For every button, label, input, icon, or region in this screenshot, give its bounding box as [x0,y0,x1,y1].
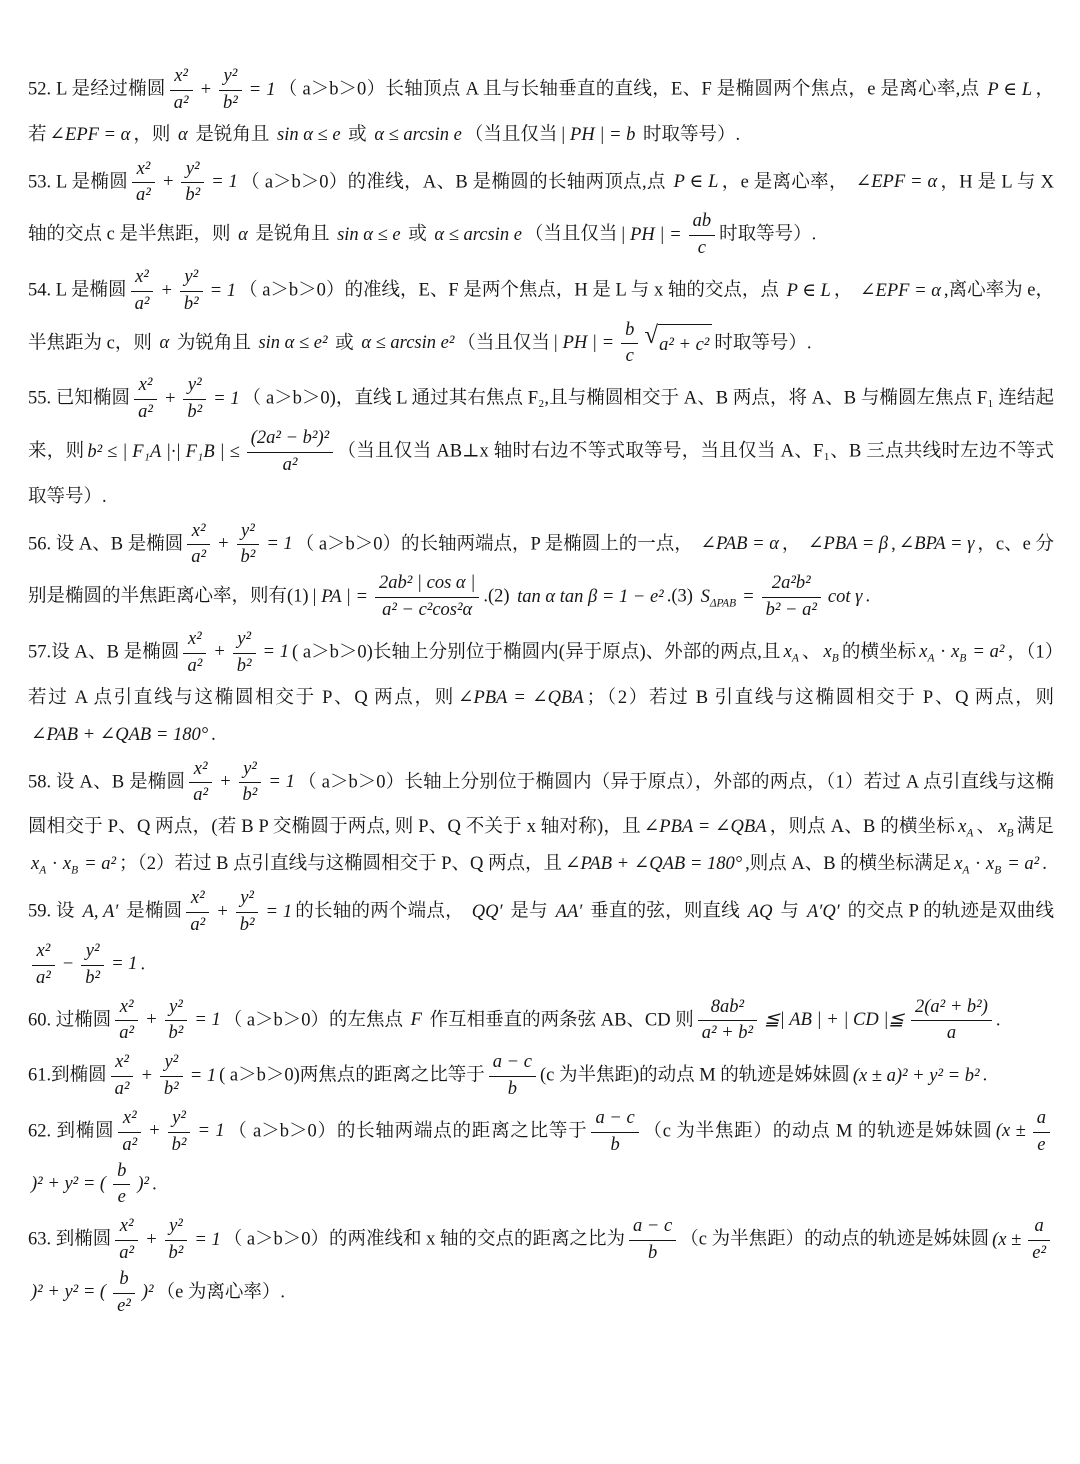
fraction-denominator: a² [32,965,55,990]
text-run: 或 [331,333,359,353]
text-run: （ a＞b＞0）长轴顶点 A 且与长轴垂直的直线，E、F 是椭圆两个焦点，e 是… [278,80,984,100]
math-run: = 1 [265,902,292,922]
math-run: )² + y² = ( [31,1174,106,1194]
fraction-numerator: a [1033,1108,1050,1132]
fraction-numerator: x² [170,66,193,90]
math-run: AQ [748,902,773,922]
math-run: = 1 [211,172,238,192]
fraction-denominator: b [489,1076,536,1101]
fraction-numerator: y² [180,267,203,291]
problem-60: 60. 过椭圆x²a²+y²b²= 1（ a＞b＞0）的左焦点 F 作互相垂直的… [28,995,1054,1048]
math-run: = 1 [210,281,236,301]
math-run: | PH | = b [560,125,635,145]
fraction-denominator: b² [168,1132,191,1157]
text-run: （当且仅当 [525,225,618,245]
fraction-numerator: x² [131,267,154,291]
fraction-numerator: x² [183,629,206,653]
text-run: 或 [404,225,432,245]
fraction-denominator: a² [131,291,154,316]
problem-57: 57.设 A、B 是椭圆x²a²+y²b²= 1( a＞b＞0)长轴上分别位于椭… [28,627,1054,754]
fraction-numerator: b [621,320,638,344]
text-run: . [983,1066,988,1086]
fraction-numerator: y² [236,888,259,912]
fraction-denominator: a² [189,782,212,807]
subscript: B [994,865,1001,877]
problem-61: 61.到椭圆x²a²+y²b²= 1( a＞b＞0)两焦点的距离之比等于a − … [28,1050,1054,1103]
fraction-denominator: a² [132,182,155,207]
problem-list: 52. L 是经过椭圆x²a²+y²b²= 1（ a＞b＞0）长轴顶点 A 且与… [28,64,1054,1319]
text-run: 是椭圆 [121,902,182,922]
fraction: y²b² [81,939,104,992]
fraction-numerator: a − c [629,1216,676,1240]
fraction: y²b² [237,519,260,572]
math-run: + [160,281,172,301]
subscript: A [966,828,973,840]
document-page: 52. L 是经过椭圆x²a²+y²b²= 1（ a＞b＞0）长轴顶点 A 且与… [0,0,1080,1464]
text-run: （ a＞b＞0）的准线，E、F 是两个焦点，H 是 L 与 x 轴的交点，点 [239,281,784,301]
fraction: x²a² [131,265,154,318]
fraction: 2ab² | cos α |a² − c²cos²α [375,571,479,624]
fraction-denominator: a² [118,1132,141,1157]
math-run: sin α ≤ e² [258,333,327,353]
text-run: 时取等号）. [638,125,740,145]
fraction-numerator: 2(a² + b²) [911,997,992,1021]
math-run: = 1 [194,1010,220,1030]
math-run: = 1 [213,389,239,409]
text-run: 62. 到椭圆 [28,1121,114,1141]
text-run: （ a＞b＞0）的左焦点 [224,1010,408,1030]
math-run: = 1 [197,1121,224,1141]
text-run: （e 为离心率）. [157,1282,285,1302]
fraction-numerator: x² [134,375,157,399]
fraction-numerator: y² [81,941,104,965]
fraction-denominator: b² − a² [762,597,821,622]
text-run: 时取等号）. [714,333,811,353]
fraction: 2a²b²b² − a² [762,571,821,624]
fraction: x²a² [115,995,138,1048]
fraction-denominator: b² [165,1240,188,1265]
text-run: 的长轴的两个端点， [295,902,469,922]
subscripted-symbol: xA [958,817,973,837]
text-run: （ a＞b＞0）的两准线和 x 轴的交点的距离之比为 [224,1230,625,1250]
math-run: + [219,772,231,792]
fraction-numerator: x² [111,1052,134,1076]
text-run: ；（2）若过 B 点引直线与这椭圆相交于 P、Q 两点，且 [119,854,562,874]
math-run: F [411,1010,422,1030]
fraction-denominator: a² [247,452,333,477]
math-run: α [238,225,248,245]
math-run: = a² [84,854,116,874]
subscripted-symbol: xA [31,854,46,874]
text-run: 的横坐标 [842,642,916,662]
subscripted-symbol: xA [954,854,969,874]
fraction: a − cb [591,1106,638,1159]
fraction: y²b² [183,373,206,426]
subscript: B [959,653,966,665]
fraction-denominator: a² [134,399,157,424]
math-run: ≦| AB | + | CD |≦ [764,1010,904,1030]
math-run: sin α ≤ e [337,225,401,245]
text-run: 53. L 是椭圆 [28,172,128,192]
math-run: A′Q′ [807,902,840,922]
text-run: 或 [344,125,372,145]
math-run: sin α ≤ e [277,125,341,145]
fraction-denominator: b [629,1240,676,1265]
text-run: （c 为半焦距）的动点的轨迹是姊妹圆 [680,1230,989,1250]
math-run: · [52,854,57,874]
math-run: ∠PAB + ∠QAB = 180° [565,854,742,874]
text-run: （ a＞b＞0）的长轴两端点，P 是椭圆上的一点， [296,534,698,554]
text-run: ( a＞b＞0)两焦点的距离之比等于 [219,1066,485,1086]
fraction: x²a² [111,1050,134,1103]
text-run: 垂直的弦，则直线 [585,902,745,922]
text-run: ，e 是离心率， [721,172,852,192]
fraction-numerator: x² [187,521,210,545]
text-run: 60. 过椭圆 [28,1010,111,1030]
math-run: ∠PAB = α [700,534,778,554]
problem-56: 56. 设 A、B 是椭圆x²a²+y²b²= 1（ a＞b＞0）的长轴两端点，… [28,519,1054,624]
subscript: B [832,653,839,665]
math-run: ∠BPA = γ [899,534,975,554]
math-run: ∠EPF = α [50,125,131,145]
math-run: + [213,642,225,662]
subscripted-symbol: xB [63,854,78,874]
fraction-denominator: a² + b² [698,1020,757,1045]
text-run: .(3) [667,587,698,607]
fraction: y²b² [165,995,188,1048]
math-run: + [145,1230,157,1250]
fraction-numerator: y² [181,159,204,183]
text-run: 59. 设 [28,902,80,922]
fraction-numerator: y² [165,997,188,1021]
math-run: + [216,902,228,922]
text-run: 52. L 是经过椭圆 [28,80,166,100]
math-run: + [145,1010,157,1030]
fraction: 8ab²a² + b² [698,995,757,1048]
subscripted-symbol: xB [998,817,1013,837]
text-run: ， [834,281,857,301]
problem-58: 58. 设 A、B 是椭圆x²a²+y²b²= 1（ a＞b＞0）长轴上分别位于… [28,757,1054,884]
math-run: = 1 [263,642,289,662]
math-run: b² ≤ | F₁A |·| F₁B | ≤ [87,442,239,462]
fraction-denominator: b² [181,182,204,207]
problem-53: 53. L 是椭圆x²a²+y²b²= 1（ a＞b＞0）的准线，A、B 是椭圆… [28,157,1054,262]
subscript: B [1007,828,1014,840]
subscripted-symbol: xB [824,642,839,662]
text-run: . [140,954,145,974]
fraction-numerator: ab [689,211,716,235]
text-run: 的交点 P 的轨迹是双曲线 [843,902,1054,922]
math-run: α [159,333,169,353]
fraction: y²b² [233,627,256,680]
text-run: （当且仅当 [465,125,558,145]
sqrt-radical: √a² + c² [644,324,712,364]
math-run: ∠EPF = α [856,172,937,192]
fraction: x²a² [187,519,210,572]
fraction-denominator: a² [111,1076,134,1101]
fraction: x²a² [115,1214,138,1267]
math-run: α ≤ arcsin e [434,225,522,245]
fraction-numerator: 2a²b² [762,573,821,597]
math-run: − [62,954,74,974]
fraction-denominator: a² [183,653,206,678]
fraction: y²b² [160,1050,183,1103]
math-run: + [148,1121,160,1141]
text-run: 56. 设 A、B 是椭圆 [28,534,183,554]
subscript: ΔPAB [710,598,736,610]
fraction: x²a² [134,373,157,426]
fraction-denominator: b² [180,291,203,316]
text-run: . [152,1174,157,1194]
fraction: y²b² [168,1106,191,1159]
fraction: ae² [1028,1214,1050,1267]
fraction-numerator: y² [168,1108,191,1132]
fraction-numerator: b [113,1161,130,1185]
math-run: | PA | = [312,587,368,607]
math-run: = [742,587,754,607]
text-run: 、 [802,642,821,662]
text-run: （c 为半焦距）的动点 M 的轨迹是姊妹圆 [643,1121,993,1141]
fraction: a − cb [489,1050,536,1103]
fraction: x²a² [186,886,209,939]
fraction-denominator: b² [81,965,104,990]
math-run: )² [142,1282,154,1302]
fraction: y²b² [180,265,203,318]
radicand: a² + c² [658,324,712,364]
subscripted-symbol: xB [951,642,966,662]
text-run: 是与 [506,902,553,922]
fraction: x²a² [189,757,212,810]
fraction: x²a² [170,64,193,117]
fraction-numerator: x² [118,1108,141,1132]
fraction-numerator: a − c [489,1052,536,1076]
fraction-denominator: a² [115,1020,138,1045]
math-run: A, A′ [83,902,119,922]
math-run: + [162,172,174,192]
fraction-numerator: a − c [591,1108,638,1132]
text-run: （ a＞b＞0）的长轴两端点的距离之比等于 [228,1121,588,1141]
fraction-denominator: e² [113,1293,135,1318]
math-run: = 1 [111,954,137,974]
subscript: A [792,653,799,665]
fraction-numerator: a [1028,1216,1050,1240]
subscript: A [39,865,46,877]
text-run: ， [782,534,805,554]
fraction-numerator: y² [183,375,206,399]
math-run: · [941,642,946,662]
fraction-numerator: y² [160,1052,183,1076]
fraction-denominator: b² [183,399,206,424]
fraction: x²a² [183,627,206,680]
fraction: 2(a² + b²)a [911,995,992,1048]
text-run: , [891,534,896,554]
math-run: ∠PBA = β [808,534,888,554]
math-run: | PH | = [620,225,681,245]
text-run: . [1042,854,1047,874]
text-run: . [211,725,216,745]
math-run: | PH | = [553,333,614,353]
fraction-numerator: x² [186,888,209,912]
fraction-numerator: b [113,1269,135,1293]
fraction: y²b² [219,64,242,117]
fraction-numerator: y² [237,521,260,545]
text-run: .(2) [483,587,514,607]
text-run: 作互相垂直的两条弦 AB、CD 则 [425,1010,694,1030]
fraction-denominator: e² [1028,1240,1050,1265]
subscript: A [927,653,934,665]
problem-55: 55. 已知椭圆x²a²+y²b²= 1（ a＞b＞0)，直线 L 通过其右焦点… [28,373,1054,515]
math-run: α [178,125,188,145]
fraction-numerator: x² [115,1216,138,1240]
fraction-numerator: x² [115,997,138,1021]
fraction-denominator: b² [160,1076,183,1101]
text-run: ；（2）若过 B 引直线与这椭圆相交于 P、Q 两点，则 [587,688,1054,708]
math-run: )² [137,1174,149,1194]
fraction-denominator: c [689,235,716,260]
text-run: （ a＞b＞0）的准线，A、B 是椭圆的长轴两顶点,点 [241,172,671,192]
math-run: = 1 [266,534,292,554]
fraction-numerator: (2a² − b²)² [247,428,333,452]
text-run: 是锐角且 [191,125,274,145]
text-run: 55. 已知椭圆 [28,389,130,409]
fraction-denominator: c [621,343,638,368]
fraction-denominator: a² [115,1240,138,1265]
math-run: = 1 [190,1066,216,1086]
math-run: + [164,389,176,409]
math-run: ∠PBA = ∠QBA [458,688,584,708]
text-run: 为锐角且 [172,333,255,353]
math-run: = 1 [249,80,276,100]
text-run: 与 [776,902,804,922]
fraction-denominator: b² [236,912,259,937]
text-run: ，则点 A、B 的横坐标 [770,817,956,837]
fraction: y²b² [239,757,262,810]
fraction: x²a² [132,157,155,210]
math-run: ∠PBA = ∠QBA [644,817,767,837]
math-run: α ≤ arcsin e [374,125,462,145]
fraction-denominator: a [911,1020,992,1045]
fraction: (2a² − b²)²a² [247,426,333,479]
subscripted-symbol: xA [784,642,799,662]
fraction-denominator: b² [233,653,256,678]
fraction-numerator: y² [239,759,262,783]
text-run: 61.到椭圆 [28,1066,107,1086]
text-run: . [865,587,870,607]
math-run: = a² [1007,854,1039,874]
problem-62: 62. 到椭圆x²a²+y²b²= 1（ a＞b＞0）的长轴两端点的距离之比等于… [28,1106,1054,1211]
fraction-denominator: b² [237,544,260,569]
text-run: 是锐角且 [251,225,334,245]
fraction-denominator: b² [165,1020,188,1045]
fraction-numerator: y² [219,66,242,90]
math-run: )² + y² = ( [31,1282,106,1302]
subscript: A [962,865,969,877]
subscripted-symbol: xB [986,854,1001,874]
fraction: y²b² [165,1214,188,1267]
text-run: 满足 [1017,817,1054,837]
problem-63: 63. 到椭圆x²a²+y²b²= 1（ a＞b＞0）的两准线和 x 轴的交点的… [28,1214,1054,1319]
fraction: be [113,1159,130,1212]
fraction-numerator: y² [233,629,256,653]
text-run: ，则 [133,125,175,145]
math-run: (x ± [996,1121,1026,1141]
math-run: cot γ [828,587,863,607]
text-run: （当且仅当 [457,333,550,353]
text-run: 58. 设 A、B 是椭圆 [28,772,185,792]
fraction: bc [621,318,638,371]
fraction-numerator: y² [165,1216,188,1240]
text-run: 、 [976,817,995,837]
text-run: 57.设 A、B 是椭圆 [28,642,179,662]
subscript: B [71,865,78,877]
fraction-denominator: e [113,1184,130,1209]
fraction-numerator: 8ab² [698,997,757,1021]
math-run: + [140,1066,152,1086]
math-run: tan α tan β = 1 − e² [517,587,664,607]
fraction-denominator: b² [239,782,262,807]
math-run: ∠EPF = α [860,281,941,301]
text-run: 54. L 是椭圆 [28,281,127,301]
text-run: (c 为半焦距)的动点 M 的轨迹是姊妹圆 [540,1066,850,1086]
subscripted-symbol: xA [919,642,934,662]
fraction: abc [689,209,716,262]
fraction: be² [113,1267,135,1320]
radical-sign-icon: √ [644,322,658,349]
fraction-denominator: a² − c²cos²α [375,597,479,622]
fraction-denominator: b² [219,90,242,115]
fraction-denominator: e [1033,1132,1050,1157]
problem-52: 52. L 是经过椭圆x²a²+y²b²= 1（ a＞b＞0）长轴顶点 A 且与… [28,64,1054,154]
fraction: x²a² [32,939,55,992]
fraction-numerator: 2ab² | cos α | [375,573,479,597]
fraction-denominator: a² [187,544,210,569]
math-run: α ≤ arcsin e² [361,333,454,353]
fraction: ae [1033,1106,1050,1159]
math-run: QQ′ [472,902,503,922]
math-run: AA′ [556,902,583,922]
fraction-denominator: b [591,1132,638,1157]
text-run: 63. 到椭圆 [28,1230,111,1250]
fraction: y²b² [181,157,204,210]
math-run: + [217,534,229,554]
math-run: (x ± a)² + y² = b² [853,1066,980,1086]
math-run: · [975,854,980,874]
math-run: = 1 [194,1230,220,1250]
fraction: a − cb [629,1214,676,1267]
math-run: + [200,80,212,100]
math-run: = 1 [268,772,295,792]
math-run: ∠PAB + ∠QAB = 180° [31,725,208,745]
text-run: ( a＞b＞0)长轴上分别位于椭圆内(异于原点)、外部的两点,且 [292,642,781,662]
fraction-numerator: x² [132,159,155,183]
math-run: P ∈ L [987,80,1032,100]
problem-59: 59. 设 A, A′ 是椭圆x²a²+y²b²= 1的长轴的两个端点， QQ′… [28,886,1054,991]
text-run: . [996,1010,1001,1030]
text-run: ,则点 A、B 的横坐标满足 [745,854,951,874]
text-run: 时取等号）. [719,225,816,245]
fraction: y²b² [236,886,259,939]
math-run: = a² [972,642,1004,662]
fraction: x²a² [118,1106,141,1159]
fraction-numerator: x² [189,759,212,783]
fraction-numerator: x² [32,941,55,965]
math-run: (x ± [992,1230,1021,1250]
math-run: P ∈ L [674,172,719,192]
math-run: P ∈ L [787,281,831,301]
problem-54: 54. L 是椭圆x²a²+y²b²= 1（ a＞b＞0）的准线，E、F 是两个… [28,265,1054,370]
fraction-denominator: a² [186,912,209,937]
fraction-denominator: a² [170,90,193,115]
